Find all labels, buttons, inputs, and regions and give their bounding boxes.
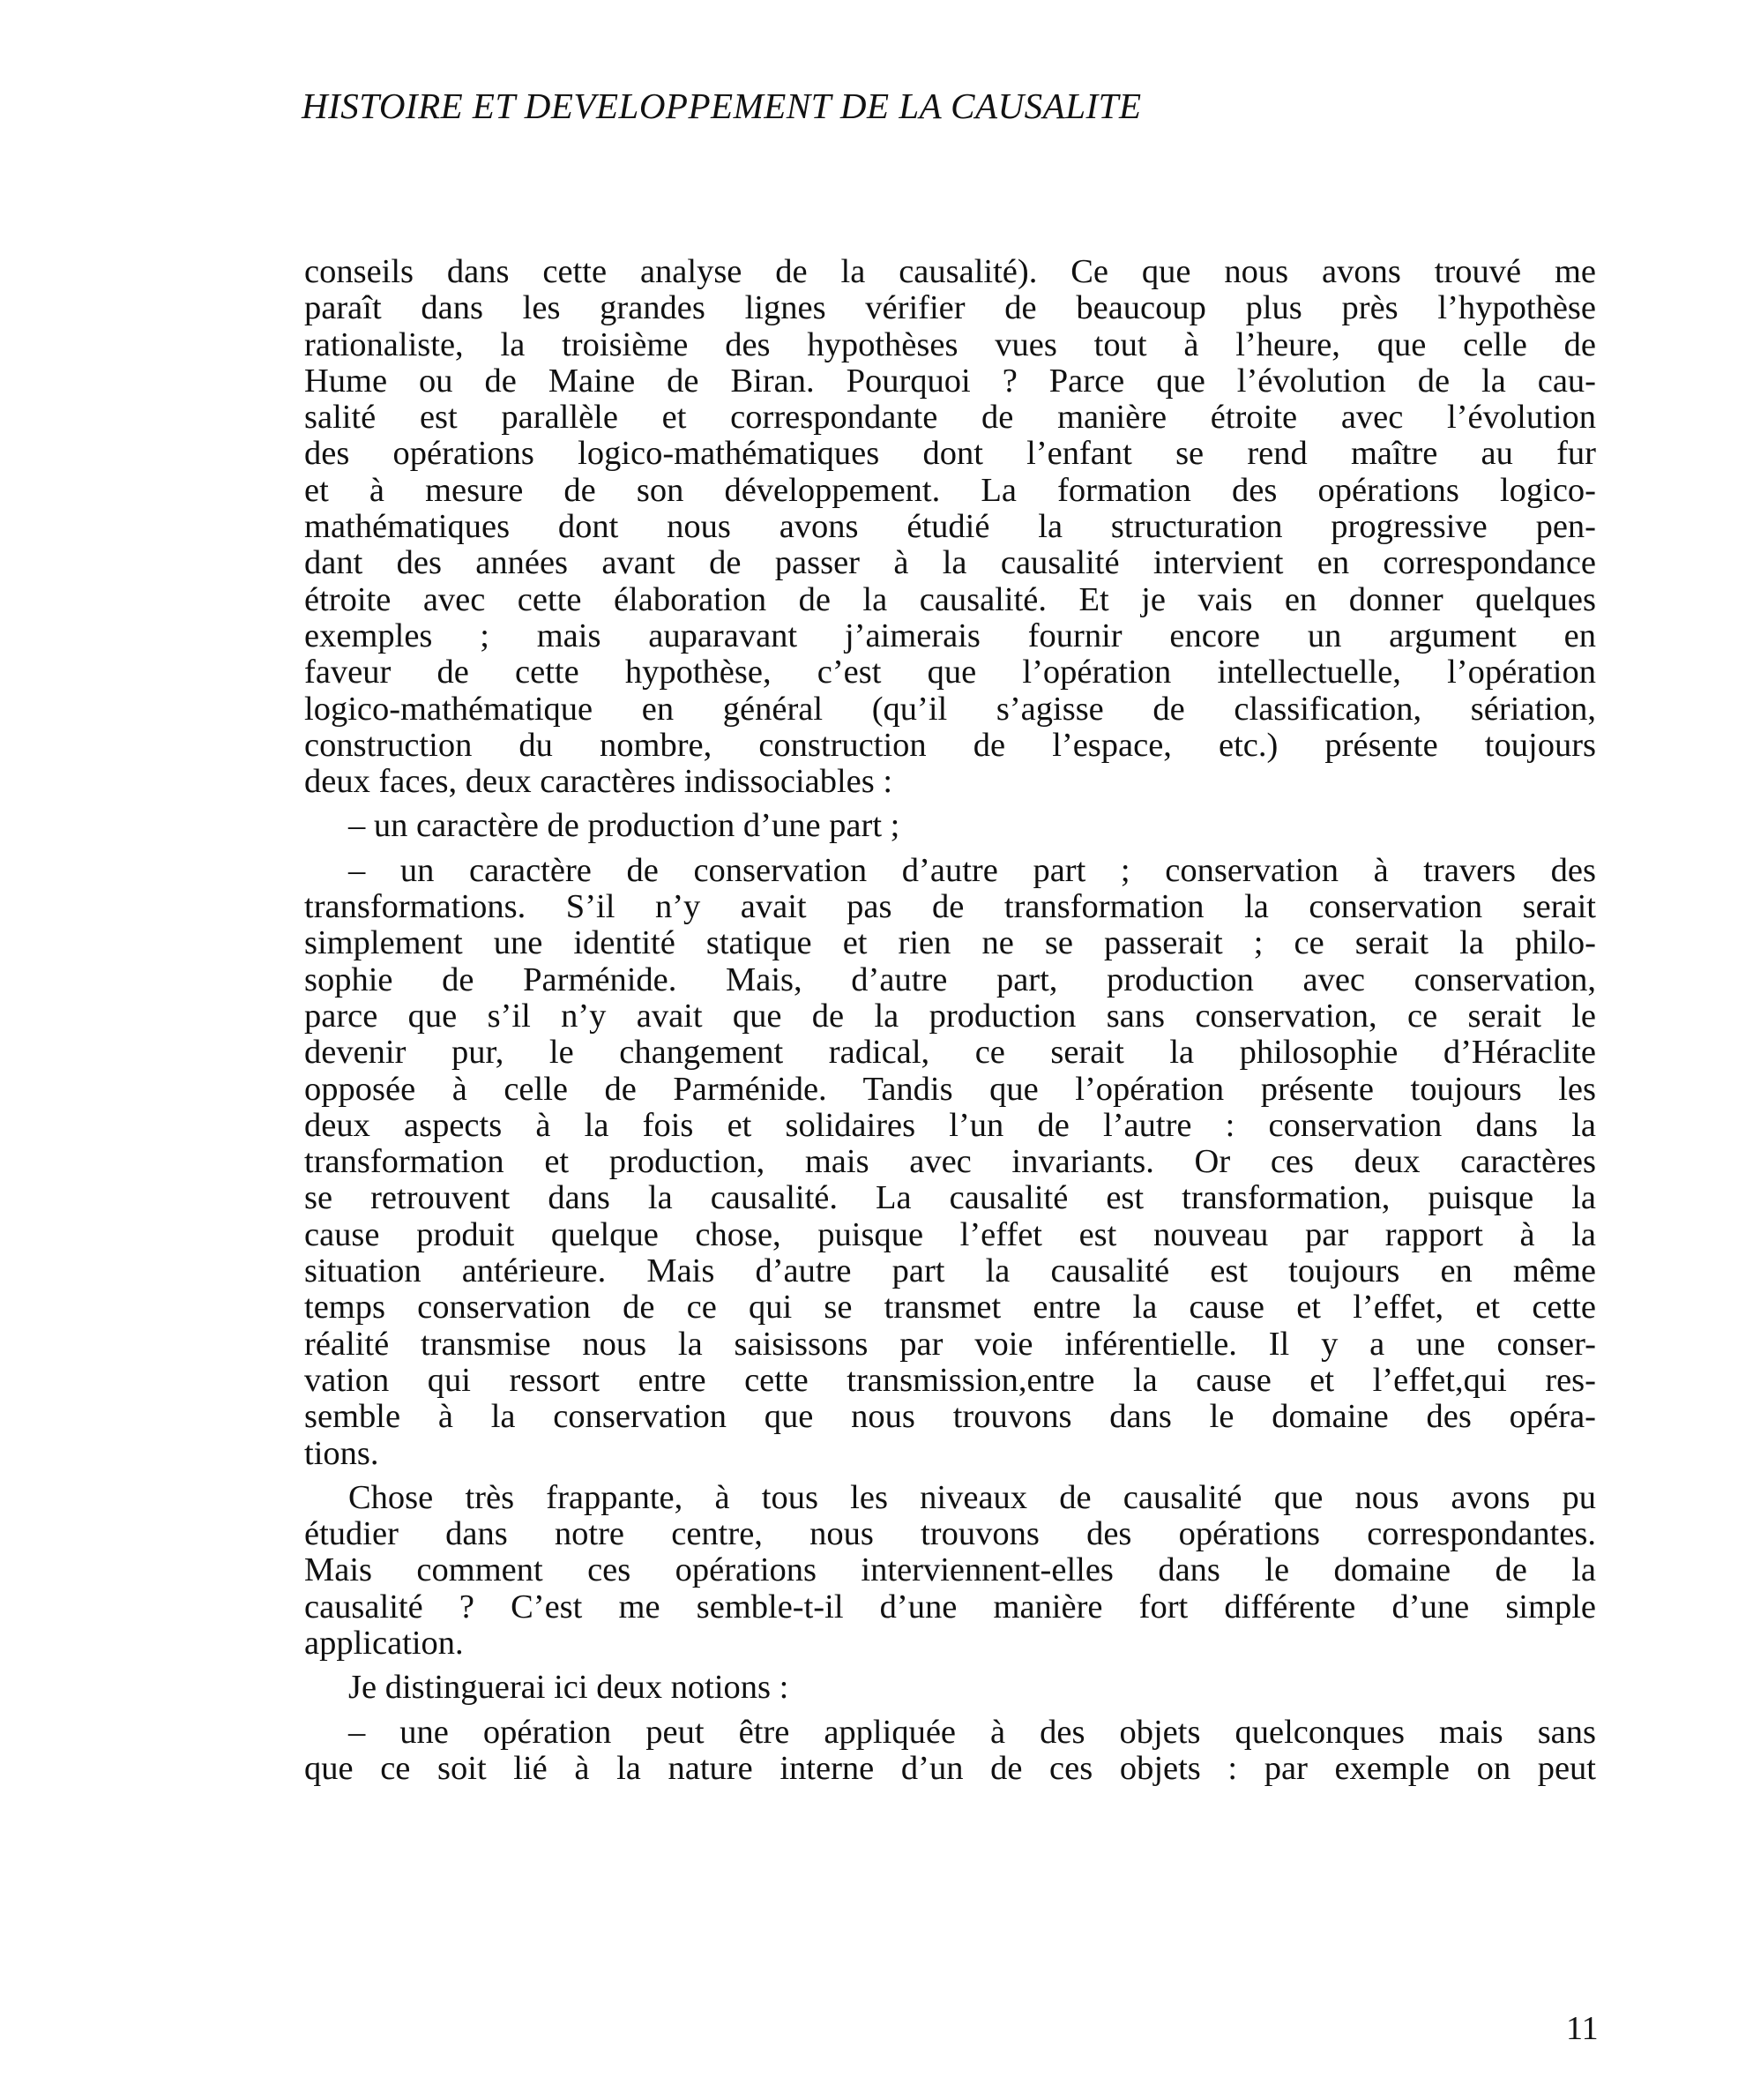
text-line: temps conservation de ce qui se transmet… (304, 1289, 1596, 1326)
text-line: Chose très frappante, à tous les niveaux… (304, 1480, 1596, 1516)
text-line: opposée à celle de Parménide. Tandis que… (304, 1072, 1596, 1108)
text-line: semble à la conservation que nous trouvo… (304, 1399, 1596, 1435)
text-line: que ce soit lié à la nature interne d’un… (304, 1751, 1596, 1787)
text-line: construction du nombre, construction de … (304, 728, 1596, 764)
text-line: étudier dans notre centre, nous trouvons… (304, 1516, 1596, 1552)
text-line: transformations. S’il n’y avait pas de t… (304, 889, 1596, 925)
text-line: vation qui ressort entre cette transmiss… (304, 1363, 1596, 1399)
text-line: des opérations logico-mathématiques dont… (304, 436, 1596, 472)
text-line: paraît dans les grandes lignes vérifier … (304, 290, 1596, 326)
text-line: situation antérieure. Mais d’autre part … (304, 1253, 1596, 1289)
text-line: sophie de Parménide. Mais, d’autre part,… (304, 962, 1596, 998)
text-line: parce que s’il n’y avait que de la produ… (304, 998, 1596, 1035)
list-item: – un caractère de production d’une part … (304, 808, 1596, 844)
text-line: simplement une identité statique et rien… (304, 925, 1596, 961)
text-line: se retrouvent dans la causalité. La caus… (304, 1180, 1596, 1216)
text-line: réalité transmise nous la saisissons par… (304, 1327, 1596, 1363)
text-line: devenir pur, le changement radical, ce s… (304, 1035, 1596, 1071)
text-line: cause produit quelque chose, puisque l’e… (304, 1217, 1596, 1253)
text-line: – un caractère de production d’une part … (304, 808, 1596, 844)
text-line: application. (304, 1625, 1596, 1662)
text-line: exemples ; mais auparavant j’aimerais fo… (304, 618, 1596, 654)
text-line: causalité ? C’est me semble-t-il d’une m… (304, 1589, 1596, 1625)
text-line: tions. (304, 1436, 1596, 1472)
page-number: 11 (1566, 2009, 1599, 2048)
text-line: conseils dans cette analyse de la causal… (304, 254, 1596, 290)
text-line: rationaliste, la troisième des hypothèse… (304, 327, 1596, 363)
text-line: deux aspects à la fois et solidaires l’u… (304, 1108, 1596, 1144)
text-line: étroite avec cette élaboration de la cau… (304, 582, 1596, 618)
paragraph: conseils dans cette analyse de la causal… (304, 254, 1596, 800)
text-line: logico-mathématique en général (qu’il s’… (304, 691, 1596, 728)
text-line: Je distinguerai ici deux notions : (304, 1670, 1596, 1706)
paragraph: Chose très frappante, à tous les niveaux… (304, 1480, 1596, 1662)
text-line: Mais comment ces opérations interviennen… (304, 1552, 1596, 1588)
text-line: mathématiques dont nous avons étudié la … (304, 509, 1596, 545)
list-item: – une opération peut être appliquée à de… (304, 1715, 1596, 1788)
text-line: faveur de cette hypothèse, c’est que l’o… (304, 654, 1596, 691)
text-line: deux faces, deux caractères indissociabl… (304, 764, 1596, 800)
paragraph: Je distinguerai ici deux notions : (304, 1670, 1596, 1706)
text-line: Hume ou de Maine de Biran. Pourquoi ? Pa… (304, 363, 1596, 400)
text-line: dant des années avant de passer à la cau… (304, 545, 1596, 581)
text-line: salité est parallèle et correspondante d… (304, 400, 1596, 436)
list-item: – un caractère de conservation d’autre p… (304, 853, 1596, 1472)
text-line: – une opération peut être appliquée à de… (304, 1715, 1596, 1751)
text-line: et à mesure de son développement. La for… (304, 473, 1596, 509)
text-line: – un caractère de conservation d’autre p… (304, 853, 1596, 889)
text-line: transformation et production, mais avec … (304, 1144, 1596, 1180)
page-body: conseils dans cette analyse de la causal… (304, 254, 1596, 1787)
running-header: HISTOIRE ET DEVELOPPEMENT DE LA CAUSALIT… (302, 85, 1142, 127)
